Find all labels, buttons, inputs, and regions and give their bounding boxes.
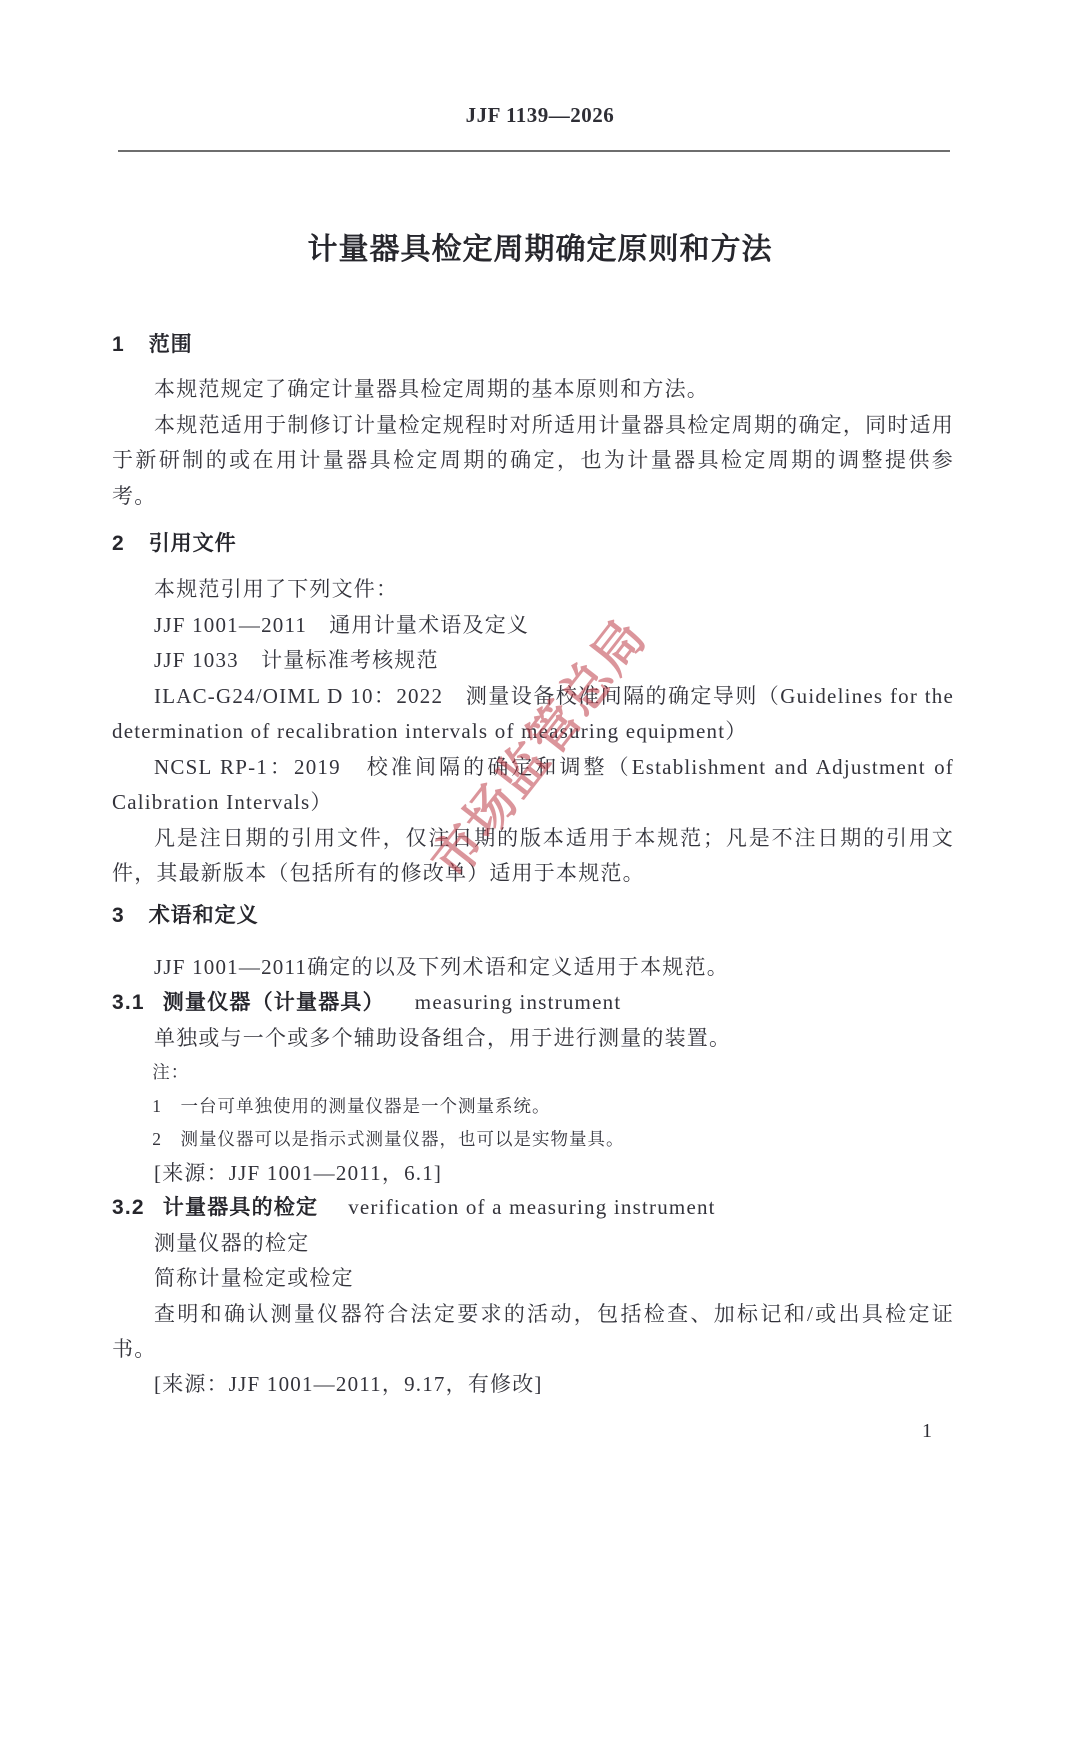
section-2-title: 引用文件	[149, 532, 237, 555]
term-3-2-heading: 3.2计量器具的检定verification of a measuring in…	[112, 1190, 954, 1226]
section-3-intro: JJF 1001—2011确定的以及下列术语和定义适用于本规范。	[112, 950, 954, 986]
term-3-2-name-zh: 计量器具的检定	[163, 1196, 318, 1219]
section-2-heading: 2引用文件	[112, 532, 954, 556]
reference-item: JJF 1001—2011 通用计量术语及定义	[112, 608, 954, 644]
term-3-2-name-en: verification of a measuring instrument	[348, 1195, 716, 1219]
reference-item: NCSL RP-1：2019 校准间隔的确定和调整（Establishment …	[112, 750, 954, 821]
section-1-number: 1	[112, 333, 125, 356]
section-3-number: 3	[112, 904, 125, 927]
term-3-1-heading: 3.1测量仪器（计量器具）measuring instrument	[112, 985, 954, 1021]
term-3-2-alias: 测量仪器的检定	[112, 1226, 954, 1262]
section-2-intro: 本规范引用了下列文件：	[112, 572, 954, 608]
term-3-2-number: 3.2	[112, 1196, 145, 1219]
term-3-1-name-en: measuring instrument	[415, 990, 622, 1014]
term-3-1-definition: 单独或与一个或多个辅助设备组合，用于进行测量的装置。	[112, 1021, 954, 1057]
term-3-2-definition: 查明和确认测量仪器符合法定要求的活动，包括检查、加标记和/或出具检定证书。	[112, 1297, 954, 1368]
document-page: JJF 1139—2026 计量器具检定周期确定原则和方法 1范围 本规范规定了…	[0, 0, 1080, 1742]
header-rule	[118, 150, 950, 152]
note-label: 注：	[112, 1056, 954, 1090]
reference-item: ILAC-G24/OIML D 10：2022 测量设备校准间隔的确定导则（Gu…	[112, 679, 954, 750]
page-number: 1	[922, 1420, 932, 1443]
term-3-2-source: [来源：JJF 1001—2011，9.17，有修改]	[112, 1368, 954, 1402]
section-1-title: 范围	[149, 333, 193, 356]
reference-item: JJF 1033 计量标准考核规范	[112, 643, 954, 679]
section-1-heading: 1范围	[112, 333, 954, 357]
document-body: 1范围 本规范规定了确定计量器具检定周期的基本原则和方法。 本规范适用于制修订计…	[112, 333, 954, 1401]
note-item: 1 一台可单独使用的测量仪器是一个测量系统。	[112, 1090, 954, 1124]
term-3-2-short-name: 简称计量检定或检定	[112, 1261, 954, 1297]
section-3-title: 术语和定义	[149, 904, 259, 927]
term-3-1-source: [来源：JJF 1001—2011，6.1]	[112, 1157, 954, 1191]
section-1-paragraph-2: 本规范适用于制修订计量检定规程时对所适用计量器具检定周期的确定，同时适用于新研制…	[112, 408, 954, 515]
doc-title: 计量器具检定周期确定原则和方法	[0, 233, 1080, 267]
section-1-paragraph-1: 本规范规定了确定计量器具检定周期的基本原则和方法。	[112, 372, 954, 408]
term-3-1-number: 3.1	[112, 991, 145, 1014]
doc-number: JJF 1139—2026	[0, 0, 1080, 128]
section-2-number: 2	[112, 532, 125, 555]
section-3-heading: 3术语和定义	[112, 904, 954, 928]
term-3-1-name-zh: 测量仪器（计量器具）	[163, 991, 385, 1014]
term-3-1-notes: 注： 1 一台可单独使用的测量仪器是一个测量系统。 2 测量仪器可以是指示式测量…	[112, 1056, 954, 1157]
note-item: 2 测量仪器可以是指示式测量仪器，也可以是实物量具。	[112, 1123, 954, 1157]
section-2-dated-note: 凡是注日期的引用文件，仅注日期的版本适用于本规范；凡是不注日期的引用文件，其最新…	[112, 821, 954, 892]
